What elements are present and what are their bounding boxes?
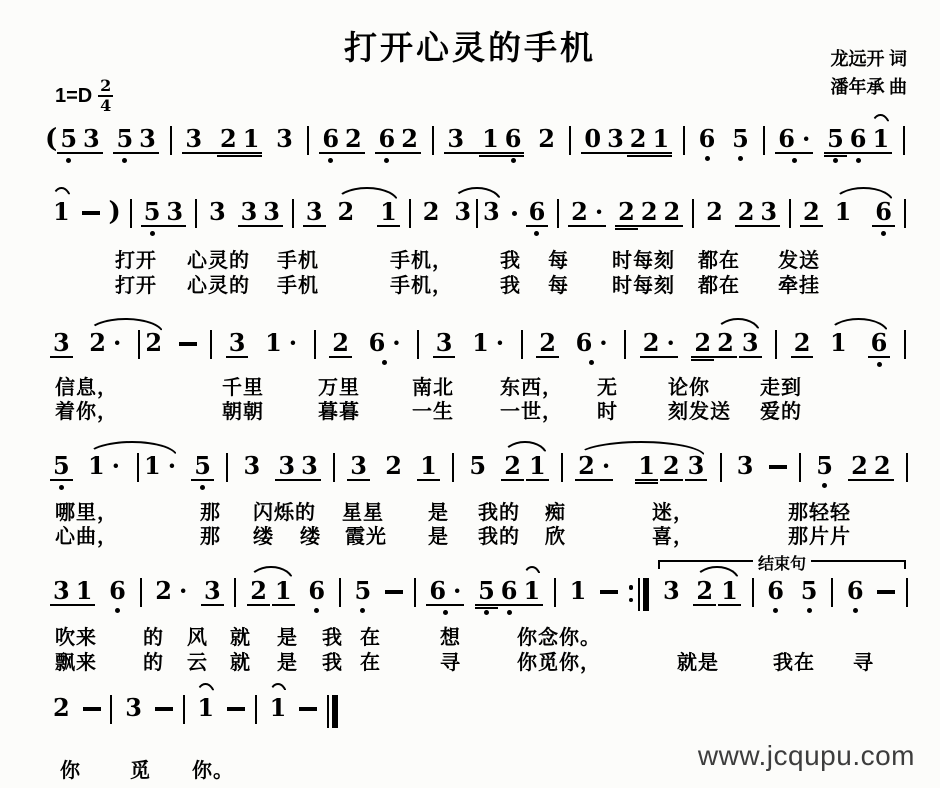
barline: [414, 578, 416, 607]
composer-credit: 潘年承 曲: [831, 74, 908, 102]
repeat-dot: [629, 598, 634, 603]
note: 5: [50, 453, 73, 490]
note-stem: 3: [182, 126, 205, 154]
lyric-syllable: 我在: [773, 646, 815, 675]
note: 3: [660, 578, 683, 604]
note-stem: 1: [73, 578, 96, 606]
lyric-syllable: 一生: [412, 395, 454, 424]
barline: [906, 578, 908, 607]
spacer: [359, 199, 375, 225]
barline: [452, 453, 454, 482]
note-number: 2: [696, 578, 713, 604]
note: 3: [136, 126, 159, 154]
note-number: 1: [472, 330, 489, 356]
low-octave-dot: [328, 158, 333, 163]
low-octave-dot: [122, 158, 127, 163]
lyric-syllable: 着你，: [55, 395, 118, 424]
note: 6: [498, 578, 521, 615]
note: 1: [521, 578, 544, 606]
barline: [831, 578, 833, 607]
barline: [432, 126, 434, 155]
note-stem: 1·: [262, 330, 300, 356]
note-stem: 3: [50, 578, 73, 606]
lyric-syllable: 牵挂: [778, 269, 820, 298]
barline: [569, 126, 571, 155]
open-parenthesis: (: [45, 126, 57, 152]
note-number: 1: [275, 578, 292, 604]
lyric-syllable: 霞光: [345, 520, 387, 549]
slur-group: 1: [521, 578, 544, 606]
time-signature-bottom: 4: [100, 98, 111, 114]
low-octave-dot: [807, 608, 812, 613]
note-stem: 3: [163, 199, 186, 227]
beam-group: 316: [444, 126, 524, 163]
note-stem: 1: [635, 453, 658, 481]
note-number: 6: [778, 126, 795, 152]
repeat-dot: [629, 585, 634, 590]
note-stem: 2: [660, 453, 683, 481]
note-number: 2: [663, 453, 680, 479]
low-octave-dot: [484, 610, 489, 615]
note: 6: [305, 578, 328, 613]
note-stem: 1: [526, 453, 549, 481]
note-number: 3: [454, 199, 471, 225]
note: 5: [191, 453, 214, 490]
barline: [557, 199, 559, 228]
note-number: 2: [337, 199, 354, 225]
note-number: 1: [420, 453, 437, 479]
beam-group: 33: [275, 453, 320, 481]
barline: [210, 330, 212, 359]
note-number: 6: [850, 126, 867, 152]
beam-group: 561: [824, 126, 892, 163]
note-stem: 1: [832, 199, 855, 225]
duration-dash: [299, 707, 317, 711]
lyric-syllable: 爱的: [760, 395, 802, 424]
note-number: 2: [717, 330, 734, 356]
lyric-syllable: 都在: [698, 269, 740, 298]
low-octave-dot: [115, 608, 120, 613]
note-number: 1: [482, 126, 499, 152]
note-number: 3: [278, 453, 295, 479]
augmentation-dot: ·: [112, 453, 120, 479]
slur-group: 2·2: [86, 330, 165, 359]
slur-group: 1: [869, 126, 892, 154]
beam-group: (53: [45, 126, 103, 163]
note-number: 1: [872, 126, 889, 152]
note-stem: 2: [420, 199, 443, 225]
spacer: [205, 126, 217, 154]
note-number: 2: [794, 330, 811, 356]
barline: [903, 126, 905, 155]
lyric-syllable: 朝朝: [222, 395, 264, 424]
lyric-syllable: 心灵的: [187, 269, 250, 298]
note: 3: [275, 453, 298, 481]
note-number: 2: [618, 199, 635, 225]
note-number: 5: [827, 126, 844, 152]
note: 3: [451, 199, 474, 225]
note-stem: 2: [329, 330, 352, 358]
note: 6·: [366, 330, 404, 365]
note-number: 6: [847, 578, 864, 604]
note-number: 2: [874, 453, 891, 479]
note-number: 2: [220, 126, 237, 152]
note-number: 2: [571, 199, 588, 225]
lyric-syllable: 打开: [115, 269, 157, 298]
note-stem: 3: [201, 578, 224, 606]
note: 2·: [640, 330, 678, 358]
note: 3: [80, 126, 103, 154]
note: 3: [480, 199, 503, 225]
note-number: 1: [638, 453, 655, 479]
note: 1: [832, 199, 855, 225]
note: 1: [635, 453, 658, 481]
note: 1: [240, 126, 263, 154]
note: 1: [827, 330, 850, 356]
beam-group: 561: [475, 578, 543, 615]
lyric-syllable: 手机，: [390, 269, 453, 298]
slur-group: 33: [451, 199, 502, 228]
note-number: 3: [53, 330, 70, 356]
note: 1: [73, 578, 96, 606]
slur-group: 1: [50, 199, 73, 225]
low-octave-dot: [507, 610, 512, 615]
barline: [763, 126, 765, 155]
low-octave-dot: [877, 362, 882, 367]
note-stem: 5: [191, 453, 214, 481]
lyric-syllable: 就是: [677, 646, 719, 675]
note-stem: 6: [375, 126, 398, 154]
barline: [906, 453, 908, 482]
note-number: 1: [652, 126, 669, 152]
note-number: 2: [738, 199, 755, 225]
note-stem: 5: [475, 578, 498, 606]
note: 6: [526, 199, 549, 236]
note-number: 3: [83, 126, 100, 152]
note: 3: [206, 199, 229, 225]
slur-group: 1: [194, 695, 217, 721]
low-octave-dot: [443, 610, 448, 615]
note-stem: 1: [827, 330, 850, 356]
note: 5: [824, 126, 847, 163]
note-number: 2: [332, 330, 349, 356]
note: 2: [871, 453, 894, 481]
slur-group: 1: [267, 695, 290, 721]
note-stem: 3: [226, 330, 249, 358]
note-stem: 5: [466, 453, 489, 479]
note: 3: [739, 330, 762, 358]
note: 2: [382, 453, 405, 479]
note-number: 1: [380, 199, 397, 225]
note: 5: [475, 578, 498, 615]
lyric-syllable: 暮暮: [318, 395, 360, 424]
note-stem: 2: [535, 126, 558, 152]
low-octave-dot: [853, 608, 858, 613]
note-number: 2: [145, 330, 162, 356]
note-stem: 2: [714, 330, 737, 358]
note-stem: 3: [347, 453, 370, 481]
note: 1·: [141, 453, 179, 479]
music-line-1: (53533213626231620321656·561: [45, 126, 905, 163]
lyric-syllable: 喜，: [652, 520, 694, 549]
slur-group: 21: [247, 578, 294, 606]
final-barline: [327, 695, 338, 728]
note-number: 5: [816, 453, 833, 479]
note-stem: 3: [238, 199, 261, 227]
lyric-syllable: 那片片: [788, 520, 851, 549]
note-stem: 2: [848, 453, 871, 481]
note: 2·: [575, 453, 613, 481]
low-octave-dot: [384, 158, 389, 163]
note: 2·: [152, 578, 190, 604]
thin-barline: [638, 578, 640, 611]
note-stem: 1·: [141, 453, 179, 479]
augmentation-dot: ·: [168, 453, 176, 479]
note: 1: [417, 453, 440, 481]
note-stem: 5: [57, 126, 80, 154]
barline: [624, 330, 626, 359]
note-stem: 1: [377, 199, 400, 227]
note-number: 6: [767, 578, 784, 604]
low-octave-dot: [511, 158, 516, 163]
note: 2: [329, 330, 352, 358]
low-octave-dot: [200, 485, 205, 490]
note-stem: 6: [526, 199, 549, 227]
barline: [904, 199, 906, 228]
barline: [720, 453, 722, 482]
note: 6: [764, 578, 787, 613]
note: 2: [501, 453, 524, 481]
note-number: 6: [369, 330, 386, 356]
note: 3: [50, 578, 73, 606]
note-number: 3: [737, 453, 754, 479]
lyric-syllable: 我: [322, 646, 343, 675]
note: 2: [334, 199, 357, 225]
time-signature-top: 2: [100, 78, 111, 94]
barline: [752, 578, 754, 607]
note-number: 1: [721, 578, 738, 604]
note-stem: 5: [824, 126, 847, 154]
note-number: 3: [301, 453, 318, 479]
note-stem: 2·: [640, 330, 678, 358]
note: 1: [267, 695, 290, 721]
note: 2: [691, 330, 714, 358]
note: 1·: [469, 330, 507, 356]
lyric-syllable: 是: [428, 520, 449, 549]
note: 2: [342, 126, 365, 154]
note-number: 1: [265, 330, 282, 356]
watermark-url: www.jcqupu.com: [698, 740, 915, 772]
note-number: 1: [570, 578, 587, 604]
note-stem: 2: [398, 126, 421, 154]
low-octave-dot: [150, 231, 155, 236]
note-stem: 1: [567, 578, 590, 604]
note-stem: 5: [351, 578, 374, 604]
augmentation-dot: ·: [113, 330, 121, 356]
note: 3: [201, 578, 224, 606]
note-number: 6: [308, 578, 325, 604]
low-octave-dot: [822, 483, 827, 488]
note-stem: 1: [194, 695, 217, 721]
close-parenthesis: ): [109, 199, 121, 225]
lyric-syllable: 欣: [545, 520, 566, 549]
note-number: 5: [144, 199, 161, 225]
note-stem: 0: [581, 126, 604, 154]
note-number: 5: [478, 578, 495, 604]
note-number: 2: [504, 453, 521, 479]
barline: [255, 695, 257, 724]
key-signature: 1=D 2 4: [55, 78, 113, 114]
note-number: 3: [139, 126, 156, 152]
note: 2: [535, 126, 558, 152]
note: 3: [433, 330, 456, 358]
note-stem: 3: [136, 126, 159, 154]
lyric-syllable: 我: [500, 269, 521, 298]
credits: 龙远开 词 潘年承 曲: [831, 46, 908, 102]
low-octave-dot: [833, 158, 838, 163]
note-number: 2: [539, 330, 556, 356]
beam-group: 23: [735, 199, 780, 227]
note-stem: 3: [50, 330, 73, 358]
music-line-4: 51·1·53333215212·1233522: [50, 453, 908, 490]
barline: [234, 578, 236, 607]
note-number: 3: [185, 126, 202, 152]
augmentation-dot: ·: [595, 199, 603, 225]
note-number: 2: [694, 330, 711, 356]
note-stem: 3: [739, 330, 762, 358]
note: 1: [649, 126, 672, 154]
augmentation-dot: ·: [602, 453, 610, 479]
note-number: 6: [871, 330, 888, 356]
low-octave-dot: [534, 231, 539, 236]
note: 3: [182, 126, 205, 154]
note-stem: 1: [417, 453, 440, 481]
slur-group: 21: [693, 578, 740, 606]
note: 1: [377, 199, 400, 227]
note-number: 2: [155, 578, 172, 604]
note-number: 1: [197, 695, 214, 721]
note: 3: [604, 126, 627, 154]
duration-dash: [82, 211, 100, 215]
rest-note: 0: [581, 126, 604, 154]
note-stem: 2·: [86, 330, 124, 356]
note-stem: 3: [433, 330, 456, 358]
note: 1: [479, 126, 502, 154]
low-octave-dot: [881, 231, 886, 236]
note: 6: [844, 578, 867, 613]
lyric-syllable: 刻发送: [668, 395, 731, 424]
note-stem: 6: [319, 126, 342, 154]
augmentation-dot: ·: [599, 330, 607, 356]
note: 1: [50, 199, 73, 225]
note: 6: [868, 330, 891, 367]
sheet-music-page: 打开心灵的手机 龙远开 词 潘年承 曲 1=D 2 4 (53533213626…: [0, 0, 940, 788]
note: 3: [734, 453, 757, 479]
note-stem: 6: [868, 330, 891, 358]
slur-group: 2·123: [575, 453, 707, 481]
beam-group: 53: [141, 199, 186, 236]
note-stem: 3: [122, 695, 145, 721]
note: 6·: [775, 126, 813, 163]
note-number: 2: [578, 453, 595, 479]
lyricist-credit: 龙远开 词: [831, 46, 908, 74]
note-stem: 3: [757, 199, 780, 227]
note-stem: 2: [247, 578, 270, 606]
note-stem: 1: [649, 126, 672, 154]
note-stem: 6·: [573, 330, 611, 356]
note: 5: [466, 453, 489, 479]
note-number: 3: [241, 199, 258, 225]
note-stem: 2: [142, 330, 165, 356]
augmentation-dot: ·: [496, 330, 504, 356]
barline: [137, 453, 139, 482]
note-stem: 2: [638, 199, 661, 227]
slur-group: 23: [714, 330, 761, 358]
note: 6: [872, 199, 895, 236]
note: 3: [347, 453, 370, 481]
beam-group: 321: [182, 126, 262, 154]
thick-barline: [332, 695, 338, 728]
note: 2: [247, 578, 270, 606]
note-number: 5: [53, 453, 70, 479]
spacer: [852, 330, 866, 356]
barline: [409, 199, 411, 228]
note-number: 3: [263, 199, 280, 225]
note-stem: 3: [260, 199, 283, 227]
note-stem: 1: [479, 126, 502, 154]
barline: [130, 199, 132, 228]
low-octave-dot: [360, 608, 365, 613]
note-stem: 2: [735, 199, 758, 227]
barline: [904, 330, 906, 359]
note-stem: 1: [521, 578, 544, 606]
note: 5: [57, 126, 80, 163]
note-number: 2: [851, 453, 868, 479]
duration-dash: [227, 707, 245, 711]
note-number: 3: [243, 453, 260, 479]
spacer: [126, 330, 136, 356]
note-stem: 6: [872, 199, 895, 227]
note-number: 3: [760, 199, 777, 225]
slur-group: 16: [832, 199, 895, 236]
lyric-syllable: 就: [230, 646, 251, 675]
note-stem: 6·: [426, 578, 464, 606]
barline: [554, 578, 556, 607]
note-stem: 6: [106, 578, 129, 604]
note: 5: [141, 199, 164, 236]
note: 3: [122, 695, 145, 721]
note-stem: 3: [660, 578, 683, 604]
note: 6·: [573, 330, 611, 365]
note-stem: 2·: [568, 199, 606, 227]
note-stem: 2: [342, 126, 365, 154]
note-stem: 6: [847, 126, 870, 154]
low-octave-dot: [705, 156, 710, 161]
note: 2: [703, 199, 726, 225]
note-stem: 3: [604, 126, 627, 154]
lyric-syllable: 我的: [478, 520, 520, 549]
note-number: 1: [243, 126, 260, 152]
note: 6: [106, 578, 129, 613]
barline: [789, 199, 791, 228]
note-stem: 3: [480, 199, 503, 225]
note-number: 2: [643, 330, 660, 356]
duration-dash: [83, 707, 101, 711]
barline: [138, 330, 140, 359]
note-number: 3: [229, 330, 246, 356]
note-stem: 2: [50, 695, 73, 721]
note-number: 1: [524, 578, 541, 604]
